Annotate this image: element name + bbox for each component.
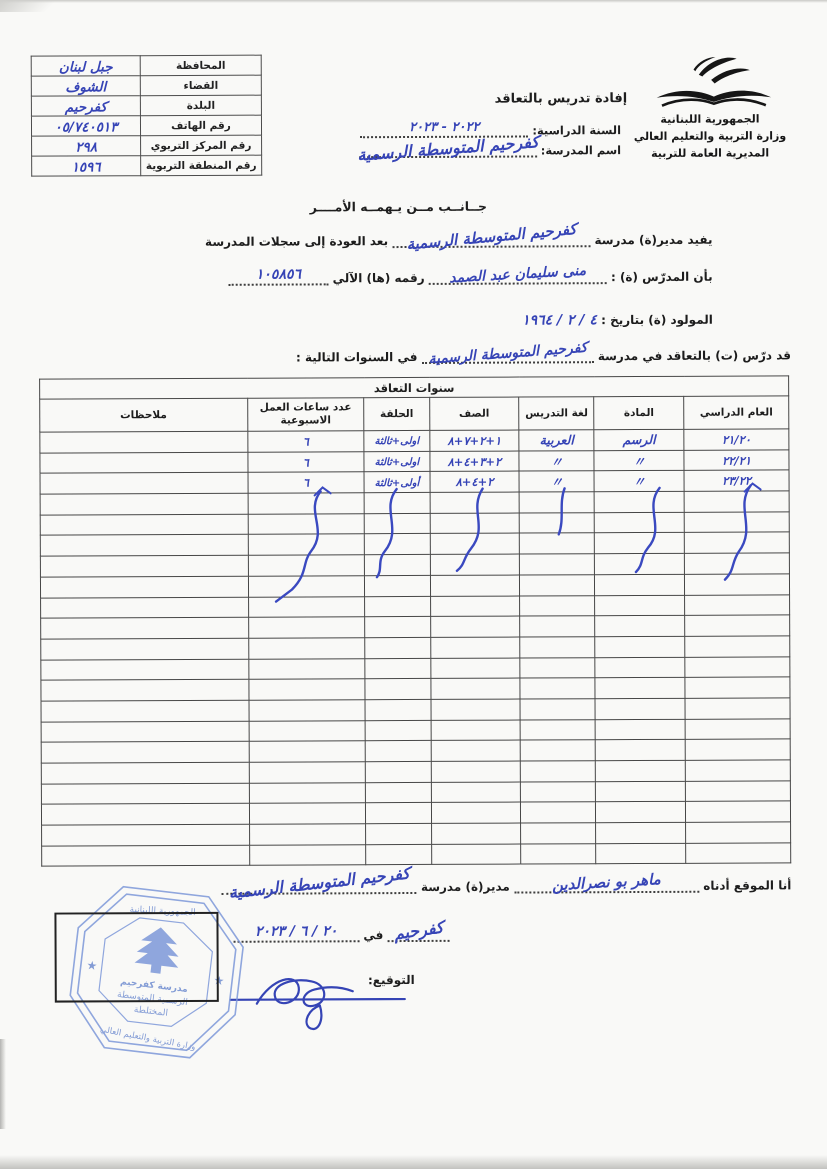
cell-empty — [520, 595, 595, 616]
info-row: القضاءالشوف — [31, 75, 261, 96]
cell-value: الرسم — [623, 432, 656, 447]
cell-empty — [430, 554, 520, 575]
cell-empty — [430, 575, 520, 596]
cell-empty — [684, 532, 789, 553]
table-row-empty — [42, 843, 791, 867]
line1-fill: كفرحيم المتوسطة الرسمية — [392, 230, 590, 248]
salutation: جــانــب مــن يـهمــه الأمــــر — [303, 199, 493, 215]
ministry-book-cedar-logo-icon — [648, 52, 780, 111]
cell-empty — [685, 698, 790, 719]
info-value: جبل لبنان — [59, 59, 113, 75]
cell-value: اولى+ثالثة — [375, 457, 420, 468]
cell-empty — [248, 679, 365, 700]
line1-school-value: كفرحيم المتوسطة الرسمية — [405, 220, 577, 254]
decl-mid: مدير(ة) مدرسة — [421, 880, 510, 894]
cell-empty — [365, 699, 430, 720]
cell-value: أولى+ثالثة — [375, 478, 420, 489]
statement-line-1: يفيد مدير(ة) مدرسة كفرحيم المتوسطة الرسم… — [250, 230, 712, 249]
info-label: رقم المركز التربوي — [141, 135, 262, 156]
cell-notes — [40, 431, 248, 453]
cell-empty — [431, 782, 521, 803]
ministry-title-block: الجمهورية اللبنانية وزارة التربية والتعل… — [610, 110, 810, 162]
cell-empty — [521, 740, 596, 761]
info-label: المحافظة — [140, 55, 261, 76]
cell-empty — [41, 617, 249, 639]
cell-value: ٦ — [303, 455, 309, 469]
cell-empty — [366, 741, 431, 762]
cell-empty — [431, 761, 521, 782]
cell-value: اولى+ثالثة — [374, 436, 419, 447]
cell-value: ٨+٧+٢+١ — [447, 433, 501, 447]
cell-empty — [40, 576, 248, 598]
cell-empty — [365, 534, 430, 555]
info-value-cell: ٠٥/٧٤٠٥١٣ — [31, 116, 140, 136]
cell-grade: ٨+٤+٣+٢ — [429, 451, 519, 472]
line1-suffix: بعد العودة إلى سجلات المدرسة — [205, 234, 388, 249]
place-fill: كفرحيم — [387, 925, 449, 942]
cell-empty — [249, 762, 366, 783]
cell-empty — [521, 823, 596, 844]
contract-table-header-row: العام الدراسي المادة لغة التدريس الصف ال… — [40, 396, 789, 432]
cell-cycle: اولى+ثالثة — [364, 451, 429, 472]
cell-value: ٢٣/٢٢ — [722, 474, 751, 488]
cell-empty — [249, 720, 366, 741]
info-value: ٢٩٨ — [75, 139, 97, 155]
cell-empty — [595, 657, 685, 678]
cell-empty — [430, 637, 520, 658]
stamp-box — [54, 912, 218, 1003]
cell-value: ٦ — [303, 434, 309, 448]
cell-empty — [595, 574, 685, 595]
scan-artifact-corner — [0, 0, 70, 12]
contract-table-wrap: سنوات التعاقد العام الدراسي المادة لغة ا… — [39, 375, 791, 867]
cell-empty — [366, 844, 431, 865]
cell-empty — [685, 656, 790, 677]
cell-notes — [40, 452, 248, 474]
cell-value: ٨+٤+٢ — [456, 475, 494, 489]
info-value-cell: الشوف — [31, 76, 140, 96]
cell-empty — [41, 804, 249, 826]
cell-empty — [685, 760, 790, 781]
cell-subject: الرسم — [594, 429, 684, 450]
info-row: رقم الهاتف٠٥/٧٤٠٥١٣ — [31, 115, 261, 136]
info-value-cell: كفرحيم — [31, 96, 140, 116]
cell-empty — [430, 492, 520, 513]
cell-empty — [42, 845, 250, 867]
cell-empty — [430, 658, 520, 679]
ministry-line-1: الجمهورية اللبنانية — [610, 110, 810, 128]
school-year-line: السنة الدراسية: ٢٠٢٣ - ٢٠٢٢ — [316, 120, 621, 138]
cell-empty — [40, 493, 248, 515]
cell-empty — [249, 803, 366, 824]
info-label: القضاء — [140, 75, 261, 96]
cell-empty — [521, 781, 596, 802]
school-name-line: اسم المدرسة: كفرحيم المتوسطة الرسمية — [316, 140, 621, 158]
ministry-line-3: المديرية العامة للتربية — [610, 144, 810, 162]
cell-grade: ٨+٤+٢ — [430, 471, 520, 492]
cell-empty — [248, 596, 365, 617]
stamp-center-line3: المختلطة — [133, 1005, 168, 1019]
info-row: رقم المنطقة التربوية١٥٩٦ — [32, 155, 262, 176]
cell-hours: ٦ — [248, 472, 365, 493]
cell-empty — [249, 782, 366, 803]
date-label: في — [363, 928, 383, 942]
cell-empty — [41, 638, 249, 660]
cell-empty — [595, 678, 685, 699]
cell-language: 〃 — [519, 471, 594, 492]
cell-empty — [249, 824, 366, 845]
info-value: كفرحيم — [65, 99, 107, 115]
decl-name-fill: ماهر بو نصرالدين — [514, 876, 699, 894]
cell-empty — [685, 718, 790, 739]
line3-prefix: المولود (ة) بتاريخ : — [601, 313, 713, 327]
col-notes: ملاحظات — [40, 398, 248, 432]
cell-empty — [248, 493, 365, 514]
cell-empty — [41, 721, 249, 743]
cell-hours: ٦ — [247, 451, 364, 472]
cell-year: ٢١/٢٠ — [684, 429, 789, 450]
col-subject: المادة — [594, 396, 684, 429]
cell-empty — [249, 741, 366, 762]
contract-table: سنوات التعاقد العام الدراسي المادة لغة ا… — [39, 375, 791, 867]
cell-empty — [248, 513, 365, 534]
cell-empty — [685, 739, 790, 760]
info-table-body: المحافظةجبل لبنانالقضاءالشوفالبلدةكفرحيم… — [31, 55, 262, 176]
cell-empty — [366, 782, 431, 803]
cell-empty — [685, 636, 790, 657]
cell-empty — [520, 533, 595, 554]
cell-empty — [365, 596, 430, 617]
cell-empty — [365, 513, 430, 534]
cell-empty — [595, 636, 685, 657]
scan-artifact-bottom — [0, 1155, 827, 1169]
cell-empty — [248, 658, 365, 679]
cell-empty — [41, 679, 249, 701]
scan-artifact-top — [0, 0, 827, 3]
info-value: ١٥٩٦ — [72, 159, 101, 175]
info-label: البلدة — [140, 95, 261, 116]
cell-notes — [40, 473, 248, 495]
line1-prefix: يفيد مدير(ة) مدرسة — [594, 233, 712, 248]
cell-year: ٢٢/٢١ — [684, 450, 789, 471]
info-row: رقم المركز التربوي٢٩٨ — [32, 135, 262, 156]
cell-empty — [685, 553, 790, 574]
contract-table-body: ٢١/٢٠الرسمالعربية٨+٧+٢+١اولى+ثالثة٦ ٢٢/٢… — [40, 429, 791, 867]
cell-empty — [431, 720, 521, 741]
cell-empty — [596, 843, 686, 864]
cell-empty — [41, 783, 249, 805]
cell-hours: ٦ — [247, 431, 364, 452]
cell-empty — [684, 491, 789, 512]
line2-fill: منى سليمان عبد الصمد — [429, 267, 607, 285]
line4-suffix: في السنوات التالية : — [296, 350, 418, 365]
info-value-cell: ١٥٩٦ — [32, 156, 141, 176]
cell-empty — [365, 575, 430, 596]
col-hours: عدد ساعات العمل الاسبوعية — [247, 398, 364, 432]
info-label: رقم المنطقة التربوية — [141, 155, 262, 176]
info-row: البلدةكفرحيم — [31, 95, 261, 116]
cell-empty — [520, 637, 595, 658]
cell-empty — [520, 678, 595, 699]
cell-empty — [595, 595, 685, 616]
cell-subject: 〃 — [594, 471, 684, 492]
cell-empty — [595, 698, 685, 719]
cell-value: 〃 — [551, 475, 564, 490]
cell-empty — [686, 843, 791, 864]
cell-empty — [249, 844, 366, 865]
scan-artifact-left — [0, 1039, 6, 1129]
cell-empty — [431, 844, 521, 865]
cell-empty — [430, 596, 520, 617]
statement-line-3: المولود (ة) بتاريخ : ١٩٦٤ / ٢ / ٤ — [467, 312, 713, 329]
cell-empty — [595, 616, 685, 637]
ministry-line-2: وزارة التربية والتعليم العالي — [610, 127, 810, 145]
cell-language: العربية — [519, 430, 594, 451]
school-name-fill: كفرحيم المتوسطة الرسمية — [359, 140, 537, 158]
cell-value: العربية — [540, 433, 574, 448]
info-value-cell: جبل لبنان — [31, 56, 140, 76]
cell-empty — [366, 761, 431, 782]
cell-value: 〃 — [550, 454, 563, 469]
cell-empty — [431, 802, 521, 823]
cell-empty — [519, 492, 594, 513]
cell-empty — [365, 679, 430, 700]
col-language: لغة التدريس — [519, 397, 594, 430]
cell-empty — [364, 492, 429, 513]
cell-empty — [366, 803, 431, 824]
cell-empty — [685, 574, 790, 595]
cell-cycle: اولى+ثالثة — [364, 430, 429, 451]
cell-empty — [521, 802, 596, 823]
cell-empty — [249, 700, 366, 721]
cell-empty — [248, 617, 365, 638]
cell-grade: ٨+٧+٢+١ — [429, 430, 519, 451]
cell-empty — [520, 575, 595, 596]
cell-empty — [684, 512, 789, 533]
form-title: إفادة تدريس بالتعاقد — [486, 91, 636, 107]
cell-empty — [41, 700, 249, 722]
info-value: ٠٥/٧٤٠٥١٣ — [54, 119, 117, 135]
cell-value: ٢١/٢٠ — [722, 432, 751, 446]
cell-empty — [41, 742, 249, 764]
statement-line-2: بأن المدرّس (ة) : منى سليمان عبد الصمد ر… — [285, 267, 713, 286]
cell-empty — [431, 699, 521, 720]
cell-empty — [40, 555, 248, 577]
cell-empty — [520, 657, 595, 678]
cell-empty — [685, 615, 790, 636]
info-value-cell: ٢٩٨ — [32, 136, 141, 156]
info-row: المحافظةجبل لبنان — [31, 55, 261, 76]
cell-empty — [42, 824, 250, 846]
line4-fill: كفرحيم المتوسطة الرسمية — [422, 346, 594, 364]
cell-empty — [595, 740, 685, 761]
cell-empty — [685, 594, 790, 615]
line2-number-fill: ١٠٥٨٥٦ — [228, 268, 328, 285]
info-label: رقم الهاتف — [140, 115, 261, 136]
cell-empty — [365, 617, 430, 638]
cell-empty — [595, 533, 685, 554]
cell-empty — [40, 535, 248, 557]
cell-empty — [248, 555, 365, 576]
cell-value: ٢٢/٢١ — [722, 453, 751, 467]
cell-empty — [40, 514, 248, 536]
cell-empty — [430, 678, 520, 699]
cell-year: ٢٣/٢٢ — [684, 470, 789, 491]
teacher-id-value: ١٠٥٨٥٦ — [256, 266, 301, 282]
statement-line-4: قد درّس (ت) بالتعاقد في مدرسة كفرحيم الم… — [277, 345, 791, 364]
cell-empty — [521, 761, 596, 782]
cell-empty — [520, 554, 595, 575]
cell-empty — [365, 637, 430, 658]
cell-empty — [596, 760, 686, 781]
cell-empty — [41, 659, 249, 681]
cell-empty — [520, 512, 595, 533]
declaration-line: أنا الموقع أدناه ماهر بو نصرالدين مدير(ة… — [189, 875, 791, 895]
decl-prefix: أنا الموقع أدناه — [703, 878, 791, 892]
cell-empty — [365, 555, 430, 576]
cell-subject: 〃 — [594, 450, 684, 471]
scanned-form: المحافظةجبل لبنانالقضاءالشوفالبلدةكفرحيم… — [0, 0, 827, 1169]
cell-empty — [365, 658, 430, 679]
line2-prefix: بأن المدرّس (ة) : — [611, 270, 713, 284]
cell-value: ٦ — [303, 476, 309, 490]
cell-empty — [431, 823, 521, 844]
cell-empty — [595, 553, 685, 574]
cell-empty — [431, 740, 521, 761]
cell-empty — [594, 491, 684, 512]
cell-empty — [520, 699, 595, 720]
cell-empty — [365, 720, 430, 741]
info-table: المحافظةجبل لبنانالقضاءالشوفالبلدةكفرحيم… — [31, 55, 263, 177]
cell-language: 〃 — [519, 450, 594, 471]
document-page: المحافظةجبل لبنانالقضاءالشوفالبلدةكفرحيم… — [0, 0, 827, 1169]
cell-empty — [596, 781, 686, 802]
cell-empty — [248, 638, 365, 659]
cell-empty — [248, 576, 365, 597]
cell-empty — [430, 533, 520, 554]
cell-empty — [686, 822, 791, 843]
birth-date-value: ١٩٦٤ / ٢ / ٤ — [522, 312, 597, 328]
line2-mid: رقمه (ها) الآلي — [333, 271, 425, 285]
cell-empty — [594, 512, 684, 533]
cell-empty — [430, 513, 520, 534]
col-year: العام الدراسي — [684, 396, 789, 429]
cell-empty — [41, 597, 249, 619]
cell-empty — [430, 616, 520, 637]
cell-empty — [686, 781, 791, 802]
cell-cycle: أولى+ثالثة — [364, 472, 429, 493]
cell-value: 〃 — [633, 454, 646, 469]
school-year-label: السنة الدراسية: — [532, 123, 621, 137]
cell-empty — [520, 719, 595, 740]
cell-value: ٨+٤+٣+٢ — [448, 454, 502, 468]
cell-empty — [596, 822, 686, 843]
info-value: الشوف — [65, 79, 106, 95]
col-grade: الصف — [429, 397, 519, 430]
cell-empty — [596, 802, 686, 823]
cell-empty — [521, 843, 596, 864]
cell-value: 〃 — [633, 474, 646, 489]
cell-empty — [685, 677, 790, 698]
line4-prefix: قد درّس (ت) بالتعاقد في مدرسة — [598, 348, 791, 363]
school-name-label: اسم المدرسة: — [541, 143, 621, 157]
cell-empty — [366, 823, 431, 844]
cell-empty — [595, 719, 685, 740]
col-cycle: الحلقة — [364, 397, 429, 430]
cell-empty — [686, 801, 791, 822]
cell-empty — [41, 762, 249, 784]
cell-empty — [248, 534, 365, 555]
school-year-value: ٢٠٢٣ - ٢٠٢٢ — [409, 120, 479, 135]
cell-empty — [520, 616, 595, 637]
